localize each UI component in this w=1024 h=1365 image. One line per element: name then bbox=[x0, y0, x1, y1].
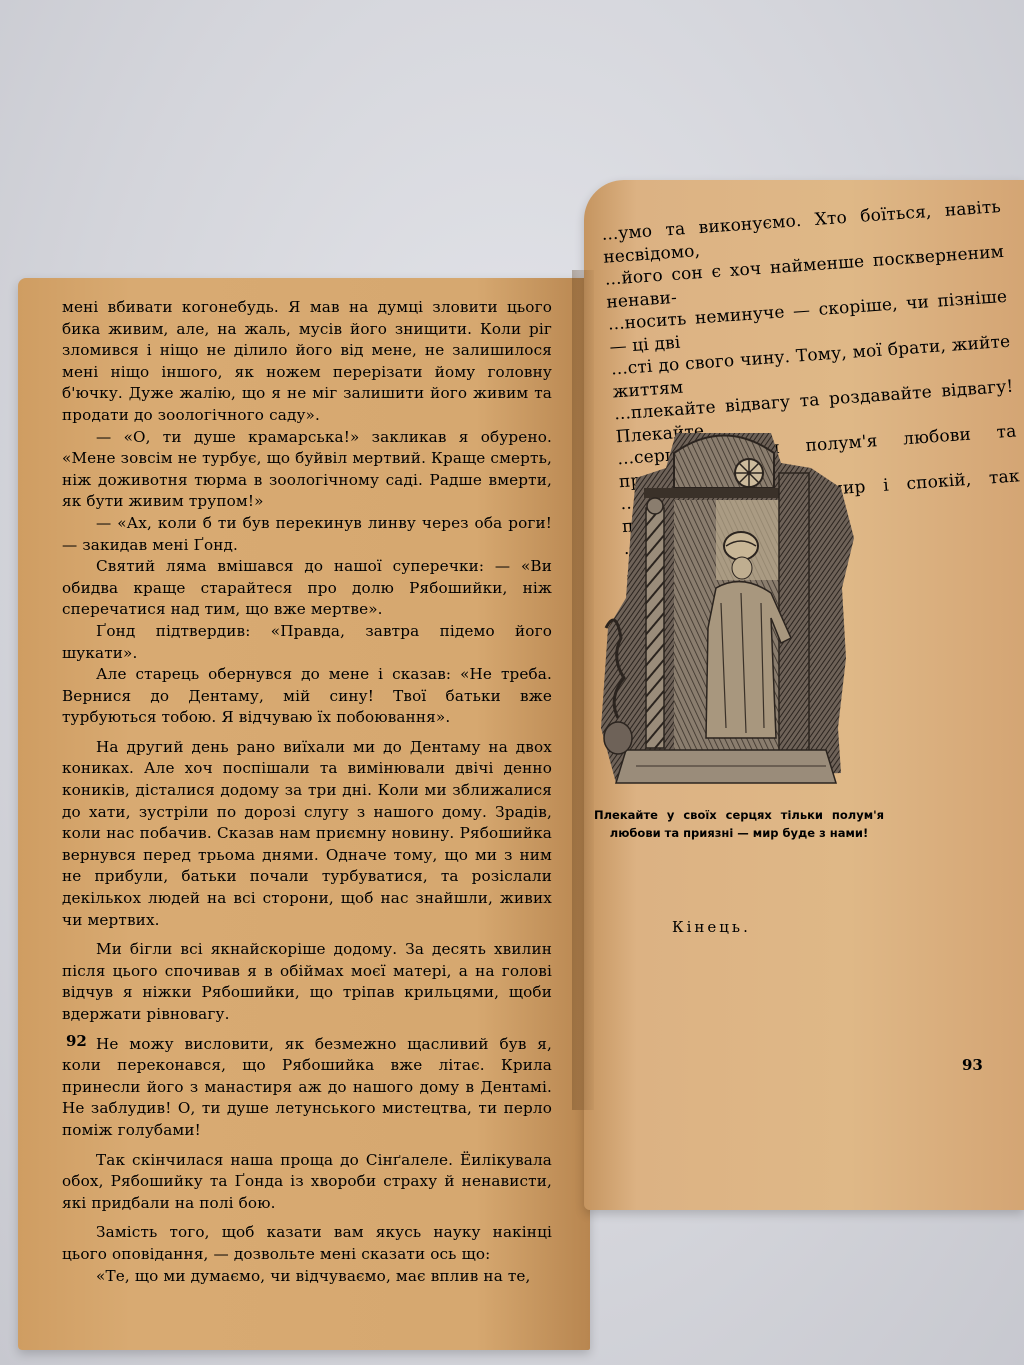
paragraph: На другий день рано виїхали ми до Дентам… bbox=[62, 737, 552, 931]
page-number-left: 92 bbox=[66, 1032, 87, 1050]
left-page-text: мені вбивати когонебудь. Я мав на думці … bbox=[62, 297, 552, 1287]
the-end-label: Кінець. bbox=[672, 918, 751, 936]
paragraph: Так скінчилася наша проща до Сінґалеле. … bbox=[62, 1150, 552, 1215]
engraving-doorway-figure-icon bbox=[596, 428, 862, 793]
paragraph: «Те, що ми думаємо, чи відчуваємо, має в… bbox=[62, 1266, 552, 1288]
paragraph: Ми бігли всі якнайскоріше додому. За дес… bbox=[62, 939, 552, 1025]
paragraph: — «Ах, коли б ти був перекинув линву чер… bbox=[62, 513, 552, 556]
paragraph: — «О, ти душе крамарська!» закликав я об… bbox=[62, 427, 552, 513]
paragraph: мені вбивати когонебудь. Я мав на думці … bbox=[62, 297, 552, 427]
page-number-right: 93 bbox=[962, 1056, 983, 1074]
paragraph: Але старець обернувся до мене і сказав: … bbox=[62, 664, 552, 729]
illustration-caption: Плекайте у своїх серцях тільки полум'я л… bbox=[594, 806, 884, 842]
paragraph: Святий ляма вмішався до нашої суперечки:… bbox=[62, 556, 552, 621]
paragraph: Замість того, щоб казати вам якусь науку… bbox=[62, 1222, 552, 1265]
paragraph: Не можу висловити, як безмежно щасливий … bbox=[62, 1034, 552, 1142]
book-gutter bbox=[572, 270, 594, 1110]
paragraph: Ґонд підтвердив: «Правда, завтра підемо … bbox=[62, 621, 552, 664]
